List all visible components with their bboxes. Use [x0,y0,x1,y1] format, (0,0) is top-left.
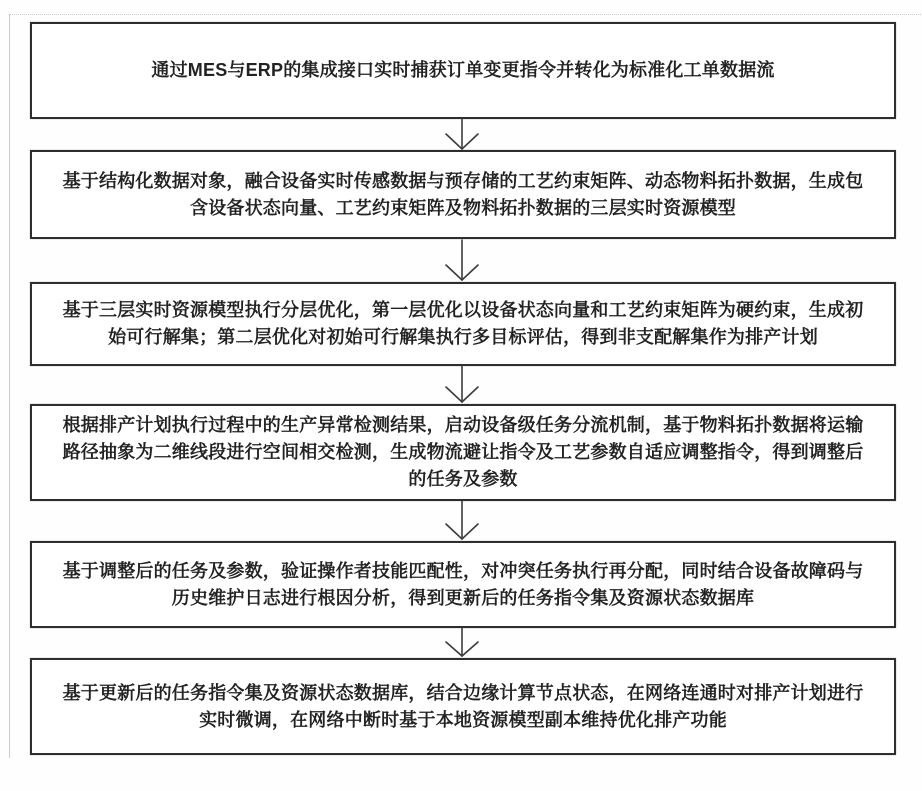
flow-step-6: 基于更新后的任务指令集及资源状态数据库，结合边缘计算节点状态，在网络连通时对排产… [30,658,896,755]
flow-step-1-text: 通过MES与ERP的集成接口实时捕获订单变更指令并转化为标准化工单数据流 [41,57,885,84]
down-arrow-icon [440,119,484,151]
flow-step-5-text: 基于调整后的任务及参数，验证操作者技能匹配性，对冲突任务执行再分配，同时结合设备… [41,558,885,612]
flowchart-page: 通过MES与ERP的集成接口实时捕获订单变更指令并转化为标准化工单数据流 基于结… [0,0,922,791]
down-arrow-icon [440,366,484,404]
flow-step-2: 基于结构化数据对象，融合设备实时传感数据与预存储的工艺约束矩阵、动态物料拓扑数据… [30,150,896,239]
flow-step-2-text: 基于结构化数据对象，融合设备实时传感数据与预存储的工艺约束矩阵、动态物料拓扑数据… [41,168,885,222]
scan-artifact-top-line [10,14,921,15]
flow-step-4-text: 根据排产计划执行过程中的生产异常检测结果，启动设备级任务分流机制，基于物料拓扑数… [41,412,885,493]
flow-step-6-text: 基于更新后的任务指令集及资源状态数据库，结合边缘计算节点状态，在网络连通时对排产… [41,680,885,734]
down-arrow-icon [440,628,484,658]
flow-step-3-text: 基于三层实时资源模型执行分层优化，第一层优化以设备状态向量和工艺约束矩阵为硬约束… [41,297,885,351]
flow-step-4: 根据排产计划执行过程中的生产异常检测结果，启动设备级任务分流机制，基于物料拓扑数… [30,404,896,501]
flow-step-3: 基于三层实时资源模型执行分层优化，第一层优化以设备状态向量和工艺约束矩阵为硬约束… [30,282,896,366]
down-arrow-icon [440,240,484,282]
down-arrow-icon [440,501,484,541]
scan-artifact-left-line [9,14,10,758]
flow-step-5: 基于调整后的任务及参数，验证操作者技能匹配性，对冲突任务执行再分配，同时结合设备… [30,541,896,628]
flow-step-1: 通过MES与ERP的集成接口实时捕获订单变更指令并转化为标准化工单数据流 [30,22,896,119]
